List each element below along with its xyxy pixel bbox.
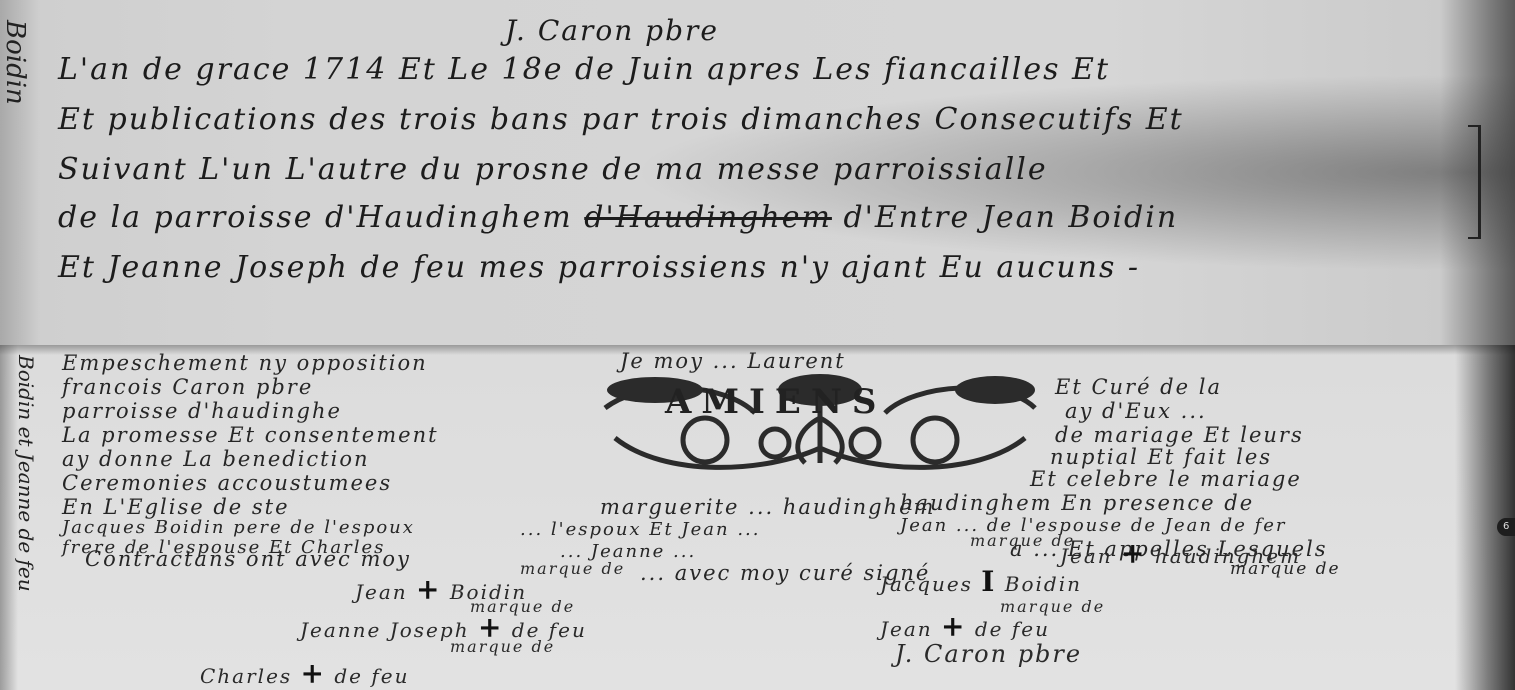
groom-phrase: d'Entre Jean Boidin [843, 200, 1178, 235]
left-col-line-10: Contractans ont avec moy [85, 547, 411, 571]
mark-icon: I [981, 565, 996, 598]
left-col-line-4: La promesse Et consentement [62, 423, 439, 447]
right-col-line-3: de mariage Et leurs [1055, 423, 1304, 447]
svg-text:AMIENS: AMIENS [664, 382, 886, 422]
cross-mark-icon: + [1121, 537, 1146, 570]
left-col-line-3: parroisse d'haudinghe [62, 399, 342, 423]
viewer-edge-control[interactable]: 6 [1497, 518, 1515, 536]
mark-label-3: marque de [450, 637, 555, 656]
right-col-line-1: Et Curé de la [1055, 375, 1222, 399]
document-viewer: Boidin J. Caron pbre L'an de grace 1714 … [0, 0, 1515, 690]
mid-line-2: marguerite ... haudinghem [600, 495, 935, 519]
text-line-1: L'an de grace 1714 Et Le 18e de Juin apr… [58, 52, 1110, 87]
text-line-3: Suivant L'un L'autre du prosne de ma mes… [58, 152, 1048, 187]
document-page-top: Boidin J. Caron pbre L'an de grace 1714 … [0, 0, 1515, 345]
cross-mark-icon: + [941, 610, 966, 643]
amiens-seal-stamp: AMIENS [585, 368, 1055, 483]
mid-line-3: ... l'espoux Et Jean ... [520, 519, 760, 540]
left-col-line-5: ay donne La benediction [62, 447, 370, 471]
header-signature: J. Caron pbre [505, 14, 719, 47]
signature-jean-haudinghem: Jean + haudinghem [1060, 537, 1301, 570]
right-col-line-5: Et celebre le mariage [1030, 467, 1302, 491]
parish-phrase: de la parroisse d'Haudinghem [58, 200, 573, 235]
document-page-bottom: Boidin et Jeanne de feu Empeschement ny … [0, 345, 1515, 690]
right-col-line-2: ay d'Eux ... [1065, 399, 1207, 423]
mark-label-1: marque de [520, 559, 625, 578]
text-line-5: Et Jeanne Joseph de feu mes parroissiens… [58, 250, 1140, 285]
signature-jean-de-feu: Jean + de feu [880, 610, 1050, 643]
text-line-4: de la parroisse d'Haudinghem d'Haudinghe… [58, 200, 1178, 235]
left-margin-note-top: Boidin [0, 20, 30, 105]
cross-mark-icon: + [416, 573, 441, 606]
seal-icon: AMIENS [585, 368, 1055, 483]
margin-bracket [1468, 125, 1481, 239]
right-col-line-4: nuptial Et fait les [1050, 445, 1272, 469]
left-margin-note-bottom: Boidin et Jeanne de feu [14, 355, 38, 592]
left-col-line-2: francois Caron pbre [62, 375, 313, 399]
signature-jacques-boidin: Jacques I Boidin [880, 565, 1082, 598]
left-col-line-8: Jacques Boidin pere de l'espoux [62, 517, 415, 538]
right-col-line-6: haudinghem En presence de [900, 491, 1254, 515]
signature-charles: Charles + de feu [200, 657, 409, 690]
left-col-line-6: Ceremonies accoustumees [62, 471, 392, 495]
text-line-2: Et publications des trois bans par trois… [58, 102, 1184, 137]
left-col-line-7: En L'Eglise de ste [62, 495, 290, 519]
right-col-line-7: Jean ... de l'espouse de Jean de fer [900, 515, 1286, 536]
left-col-line-1: Empeschement ny opposition [62, 351, 428, 375]
struck-word: d'Haudinghem [584, 200, 832, 235]
closing-signature: J. Caron pbre [895, 640, 1082, 668]
cross-mark-icon: + [301, 657, 326, 690]
